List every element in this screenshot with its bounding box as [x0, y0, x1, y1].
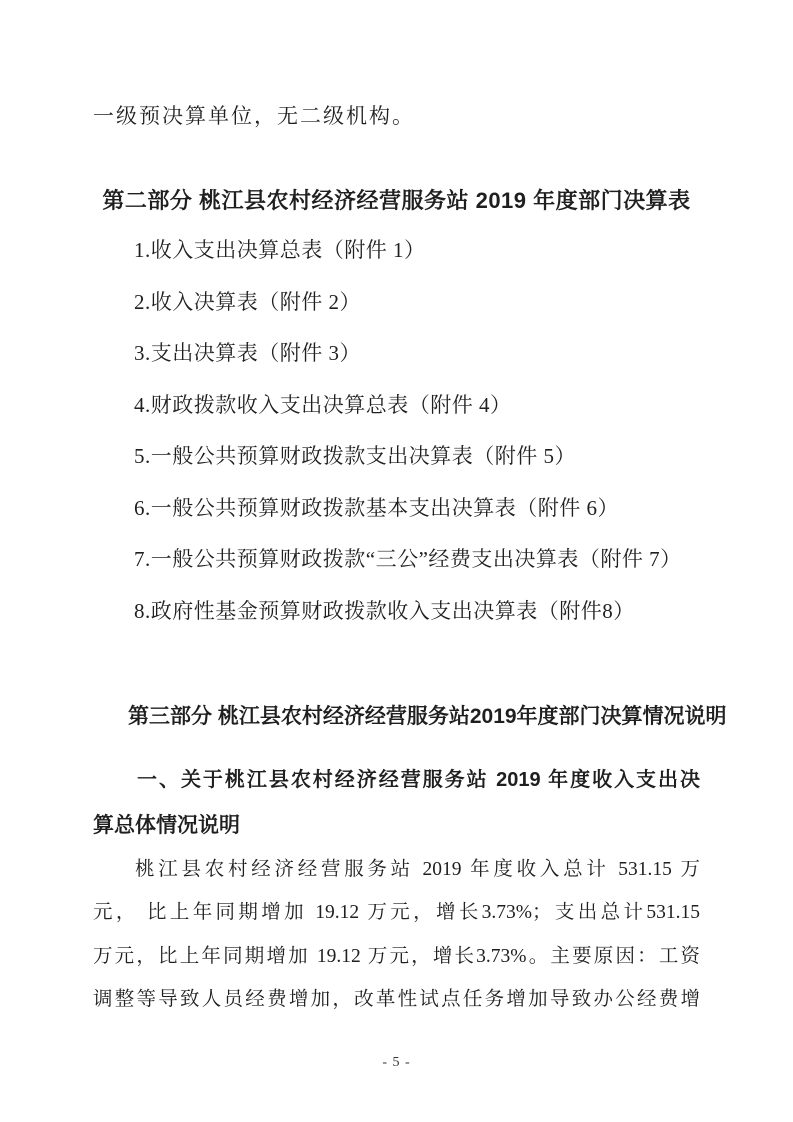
page-number: - 5 - — [0, 1055, 793, 1071]
body-paragraph: 桃江县农村经济经营服务站 2019 年度收入总计 531.15 万 元， 比上年… — [0, 0, 793, 1122]
document-page: 一级预决算单位，无二级机构。 第二部分 桃江县农村经济经营服务站 2019 年度… — [0, 0, 793, 1122]
paragraph-line-4: 调整等导致人员经费增加，改革性试点任务增加导致办公经费增 — [93, 989, 700, 1011]
paragraph-line-1: 桃江县农村经济经营服务站 2019 年度收入总计 531.15 万 — [135, 859, 700, 881]
paragraph-line-2: 元， 比上年同期增加 19.12 万元，增长3.73%；支出总计531.15 — [93, 902, 700, 924]
paragraph-line-3: 万元，比上年同期增加 19.12 万元，增长3.73%。主要原因：工资 — [93, 946, 700, 968]
